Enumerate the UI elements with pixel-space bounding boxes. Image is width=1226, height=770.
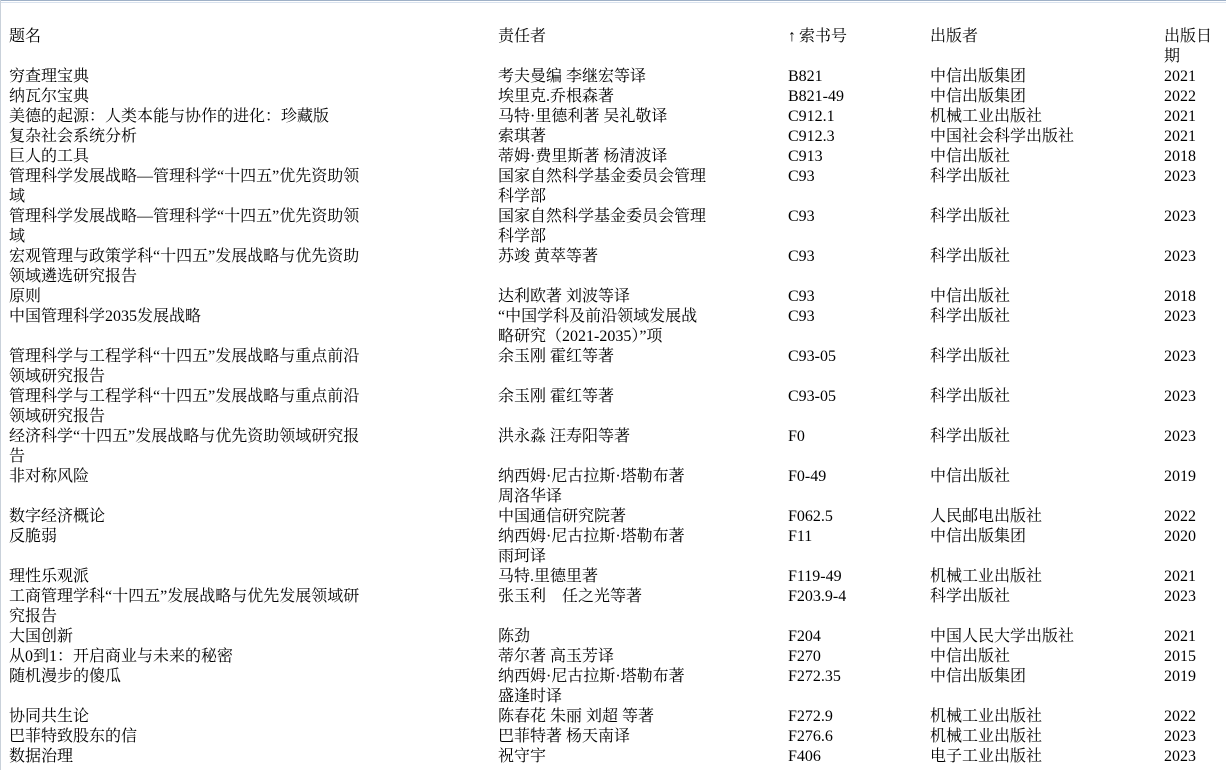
cell-author: 马特.里德里著 [490,567,780,587]
cell-author: 张玉利 任之光等著 [490,587,780,627]
cell-publisher: 科学出版社 [922,427,1156,467]
column-header-author[interactable]: 责任者 [490,3,780,67]
cell-publisher: 科学出版社 [922,307,1156,347]
cell-call-number: C93-05 [780,347,922,387]
cell-call-number: C93 [780,287,922,307]
cell-author: 余玉刚 霍红等著 [490,347,780,387]
cell-publisher: 中信出版社 [922,647,1156,667]
cell-author: 中国通信研究院著 [490,507,780,527]
cell-publisher: 中信出版集团 [922,87,1156,107]
cell-call-number: C913 [780,147,922,167]
column-header-title[interactable]: 题名 [1,3,490,67]
cell-author: 苏竣 黄萃等著 [490,247,780,287]
cell-author: 国家自然科学基金委员会管理 科学部 [490,167,780,207]
cell-author: 达利欧著 刘波等译 [490,287,780,307]
cell-author: 陈劲 [490,627,780,647]
cell-publisher: 中信出版集团 [922,527,1156,567]
cell-title: 非对称风险 [1,467,490,507]
cell-author: 蒂尔著 高玉芳译 [490,647,780,667]
table-row[interactable]: 管理科学与工程学科“十四五”发展战略与重点前沿 领域研究报告 余玉刚 霍红等著 … [1,347,1226,387]
cell-publisher: 中国社会科学出版社 [922,127,1156,147]
cell-author: 考夫曼编 李继宏等译 [490,67,780,87]
cell-author: 国家自然科学基金委员会管理 科学部 [490,207,780,247]
table-row[interactable]: 理性乐观派 马特.里德里著 F119-49 机械工业出版社 2021 [1,567,1226,587]
cell-title: 随机漫步的傻瓜 [1,667,490,707]
cell-call-number: B821 [780,67,922,87]
cell-author: 埃里克.乔根森著 [490,87,780,107]
table-row[interactable]: 巴菲特致股东的信 巴菲特著 杨天南译 F276.6 机械工业出版社 2023 [1,727,1226,747]
cell-call-number: C93 [780,247,922,287]
cell-publisher: 机械工业出版社 [922,707,1156,727]
cell-title: 反脆弱 [1,527,490,567]
column-header-date[interactable]: 出版日 期 [1156,3,1226,67]
cell-date: 2023 [1156,347,1226,387]
cell-title: 从0到1：开启商业与未来的秘密 [1,647,490,667]
cell-author: 余玉刚 霍红等著 [490,387,780,427]
cell-date: 2018 [1156,147,1226,167]
cell-date: 2015 [1156,647,1226,667]
catalog-results-page: 题名 责任者 ↑索书号 出版者 出版日 期 穷查理宝典 考夫曼编 李继宏等译 B… [0,0,1226,770]
cell-title: 经济科学“十四五”发展战略与优先资助领域研究报 告 [1,427,490,467]
cell-date: 2022 [1156,87,1226,107]
cell-title: 巨人的工具 [1,147,490,167]
cell-author: 纳西姆·尼古拉斯·塔勒布著 雨珂译 [490,527,780,567]
cell-author: 祝守宇 [490,747,780,767]
cell-date: 2023 [1156,307,1226,347]
table-row[interactable]: 随机漫步的傻瓜 纳西姆·尼古拉斯·塔勒布著 盛逢时译 F272.35 中信出版集… [1,667,1226,707]
cell-author: 蒂姆·费里斯著 杨清波译 [490,147,780,167]
cell-publisher: 机械工业出版社 [922,107,1156,127]
cell-publisher: 机械工业出版社 [922,727,1156,747]
cell-date: 2023 [1156,247,1226,287]
cell-call-number: C93 [780,167,922,207]
table-row[interactable]: 协同共生论 陈春花 朱丽 刘超 等著 F272.9 机械工业出版社 2022 [1,707,1226,727]
cell-call-number: F0-49 [780,467,922,507]
cell-call-number: F119-49 [780,567,922,587]
column-header-title-label: 题名 [9,28,41,45]
cell-publisher: 中信出版社 [922,467,1156,507]
cell-title: 复杂社会系统分析 [1,127,490,147]
table-header-row: 题名 责任者 ↑索书号 出版者 出版日 期 [1,3,1226,67]
cell-publisher: 电子工业出版社 [922,747,1156,767]
column-header-author-label: 责任者 [498,28,546,45]
cell-call-number: B821-49 [780,87,922,107]
column-header-call-number[interactable]: ↑索书号 [780,3,922,67]
table-row[interactable]: 巨人的工具 蒂姆·费里斯著 杨清波译 C913 中信出版社 2018 [1,147,1226,167]
cell-call-number: F062.5 [780,507,922,527]
cell-publisher: 中国人民大学出版社 [922,627,1156,647]
table-row[interactable]: 美德的起源：人类本能与协作的进化：珍藏版 马特·里德利著 吴礼敬译 C912.1… [1,107,1226,127]
cell-call-number: F272.35 [780,667,922,707]
cell-call-number: F406 [780,747,922,767]
cell-date: 2023 [1156,747,1226,767]
cell-title: 中国管理科学2035发展战略 [1,307,490,347]
cell-author: 纳西姆·尼古拉斯·塔勒布著 盛逢时译 [490,667,780,707]
table-row[interactable]: 纳瓦尔宝典 埃里克.乔根森著 B821-49 中信出版集团 2022 [1,87,1226,107]
cell-date: 2021 [1156,627,1226,647]
column-header-call-number-label: 索书号 [799,28,847,45]
cell-publisher: 科学出版社 [922,587,1156,627]
cell-date: 2022 [1156,707,1226,727]
cell-author: 陈春花 朱丽 刘超 等著 [490,707,780,727]
table-body: 穷查理宝典 考夫曼编 李继宏等译 B821 中信出版集团 2021 纳瓦尔宝典 … [1,67,1226,767]
cell-publisher: 科学出版社 [922,387,1156,427]
table-row[interactable]: 管理科学与工程学科“十四五”发展战略与重点前沿 领域研究报告 余玉刚 霍红等著 … [1,387,1226,427]
table-row[interactable]: 宏观管理与政策学科“十四五”发展战略与优先资助 领域遴选研究报告 苏竣 黄萃等著… [1,247,1226,287]
cell-date: 2020 [1156,527,1226,567]
cell-call-number: F204 [780,627,922,647]
cell-call-number: F0 [780,427,922,467]
table-row[interactable]: 经济科学“十四五”发展战略与优先资助领域研究报 告 洪永淼 汪寿阳等著 F0 科… [1,427,1226,467]
cell-publisher: 中信出版集团 [922,67,1156,87]
cell-date: 2023 [1156,167,1226,207]
cell-author: “中国学科及前沿领域发展战 略研究（2021-2035）”项 [490,307,780,347]
cell-date: 2021 [1156,107,1226,127]
cell-date: 2019 [1156,467,1226,507]
cell-call-number: C912.3 [780,127,922,147]
table-row[interactable]: 中国管理科学2035发展战略 “中国学科及前沿领域发展战 略研究（2021-20… [1,307,1226,347]
cell-date: 2023 [1156,207,1226,247]
cell-title: 数据治理 [1,747,490,767]
cell-title: 巴菲特致股东的信 [1,727,490,747]
cell-author: 马特·里德利著 吴礼敬译 [490,107,780,127]
cell-call-number: C93-05 [780,387,922,427]
table-row[interactable]: 非对称风险 纳西姆·尼古拉斯·塔勒布著 周洛华译 F0-49 中信出版社 201… [1,467,1226,507]
column-header-date-label: 出版日 期 [1164,28,1212,65]
column-header-publisher-label: 出版者 [930,28,978,45]
table-row[interactable]: 大国创新 陈劲 F204 中国人民大学出版社 2021 [1,627,1226,647]
cell-publisher: 科学出版社 [922,347,1156,387]
cell-call-number: F270 [780,647,922,667]
cell-title: 理性乐观派 [1,567,490,587]
cell-publisher: 中信出版社 [922,147,1156,167]
cell-author: 纳西姆·尼古拉斯·塔勒布著 周洛华译 [490,467,780,507]
sort-ascending-icon[interactable]: ↑ [788,27,796,47]
cell-title: 宏观管理与政策学科“十四五”发展战略与优先资助 领域遴选研究报告 [1,247,490,287]
cell-date: 2018 [1156,287,1226,307]
cell-author: 巴菲特著 杨天南译 [490,727,780,747]
cell-publisher: 机械工业出版社 [922,567,1156,587]
cell-title: 穷查理宝典 [1,67,490,87]
cell-date: 2021 [1156,567,1226,587]
cell-call-number: C93 [780,307,922,347]
table-row[interactable]: 工商管理学科“十四五”发展战略与优先发展领域研 究报告 张玉利 任之光等著 F2… [1,587,1226,627]
cell-title: 管理科学与工程学科“十四五”发展战略与重点前沿 领域研究报告 [1,387,490,427]
cell-date: 2021 [1156,67,1226,87]
table-row[interactable]: 反脆弱 纳西姆·尼古拉斯·塔勒布著 雨珂译 F11 中信出版集团 2020 [1,527,1226,567]
cell-date: 2023 [1156,587,1226,627]
cell-title: 协同共生论 [1,707,490,727]
cell-title: 大国创新 [1,627,490,647]
cell-date: 2023 [1156,387,1226,427]
table-row[interactable]: 穷查理宝典 考夫曼编 李继宏等译 B821 中信出版集团 2021 [1,67,1226,87]
cell-title: 管理科学发展战略—管理科学“十四五”优先资助领 域 [1,167,490,207]
cell-call-number: F203.9-4 [780,587,922,627]
cell-call-number: F272.9 [780,707,922,727]
cell-title: 纳瓦尔宝典 [1,87,490,107]
cell-author: 洪永淼 汪寿阳等著 [490,427,780,467]
table-row[interactable]: 管理科学发展战略—管理科学“十四五”优先资助领 域 国家自然科学基金委员会管理 … [1,207,1226,247]
cell-date: 2019 [1156,667,1226,707]
table-row[interactable]: 原则 达利欧著 刘波等译 C93 中信出版社 2018 [1,287,1226,307]
cell-author: 索琪著 [490,127,780,147]
cell-call-number: C912.1 [780,107,922,127]
book-results-table: 题名 责任者 ↑索书号 出版者 出版日 期 穷查理宝典 考夫曼编 李继宏等译 B… [1,3,1226,767]
table-row[interactable]: 数字经济概论 中国通信研究院著 F062.5 人民邮电出版社 2022 [1,507,1226,527]
cell-publisher: 科学出版社 [922,207,1156,247]
cell-title: 管理科学发展战略—管理科学“十四五”优先资助领 域 [1,207,490,247]
cell-call-number: C93 [780,207,922,247]
cell-publisher: 中信出版社 [922,287,1156,307]
cell-publisher: 人民邮电出版社 [922,507,1156,527]
table-row[interactable]: 从0到1：开启商业与未来的秘密 蒂尔著 高玉芳译 F270 中信出版社 2015 [1,647,1226,667]
cell-date: 2023 [1156,727,1226,747]
table-row[interactable]: 数据治理 祝守宇 F406 电子工业出版社 2023 [1,747,1226,767]
column-header-publisher[interactable]: 出版者 [922,3,1156,67]
cell-publisher: 科学出版社 [922,247,1156,287]
cell-date: 2023 [1156,427,1226,467]
cell-publisher: 中信出版集团 [922,667,1156,707]
cell-title: 数字经济概论 [1,507,490,527]
cell-title: 工商管理学科“十四五”发展战略与优先发展领域研 究报告 [1,587,490,627]
cell-title: 美德的起源：人类本能与协作的进化：珍藏版 [1,107,490,127]
cell-date: 2021 [1156,127,1226,147]
cell-publisher: 科学出版社 [922,167,1156,207]
cell-date: 2022 [1156,507,1226,527]
cell-title: 管理科学与工程学科“十四五”发展战略与重点前沿 领域研究报告 [1,347,490,387]
cell-call-number: F276.6 [780,727,922,747]
cell-call-number: F11 [780,527,922,567]
table-row[interactable]: 复杂社会系统分析 索琪著 C912.3 中国社会科学出版社 2021 [1,127,1226,147]
table-row[interactable]: 管理科学发展战略—管理科学“十四五”优先资助领 域 国家自然科学基金委员会管理 … [1,167,1226,207]
cell-title: 原则 [1,287,490,307]
